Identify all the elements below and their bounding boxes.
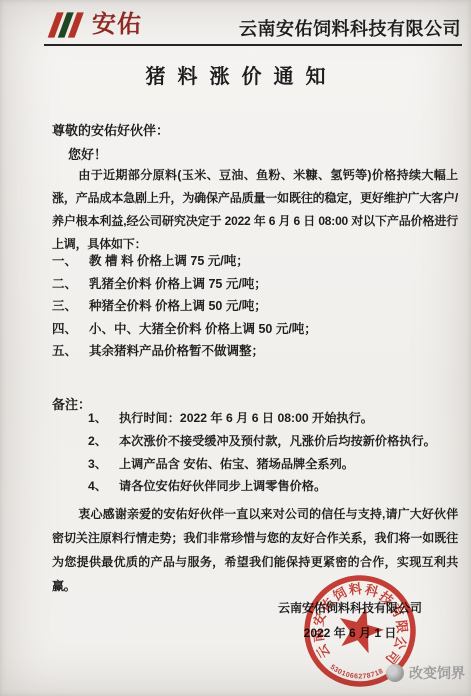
note-item-index: 2、: [88, 430, 119, 453]
price-item: 一、 教 槽 料 价格上调 75 元/吨；: [52, 250, 458, 273]
price-item: 三、 种猪全价料 价格上调 50 元/吨；: [52, 295, 458, 318]
price-item-text: 其余猪料产品价格暂不做调整；: [89, 340, 264, 363]
price-item: 二、 乳猪全价料 价格上调 75 元/吨；: [52, 273, 458, 296]
page-title: 猪料涨价通知: [0, 60, 471, 89]
watermark-logo-icon: [386, 664, 404, 682]
note-item-index: 4、: [88, 475, 119, 498]
note-item: 2、 本次涨价不接受缓冲及预付款，凡涨价后均按新价格执行。: [88, 430, 458, 453]
note-item: 1、 执行时间：2022 年 6 月 6 日 08:00 开始执行。: [88, 407, 458, 430]
notice-document: 安佑 云南安佑饲料科技有限公司 猪料涨价通知 尊敬的安佑好伙伴： 您好！ 由于近…: [0, 0, 471, 696]
price-item-text: 小、中、大猪全价料 价格上调 50 元/吨；: [89, 318, 317, 341]
notes-list: 1、 执行时间：2022 年 6 月 6 日 08:00 开始执行。 2、 本次…: [88, 407, 458, 498]
price-item-index: 五、: [52, 340, 89, 363]
greeting: 您好！: [68, 144, 107, 163]
company-logo: 安佑: [46, 10, 142, 40]
note-item-text: 上调产品含 安佑、佑宝、猪场品牌全系列。: [119, 453, 354, 476]
price-item: 四、 小、中、大猪全价料 价格上调 50 元/吨；: [52, 318, 458, 341]
notes-label: 备注：: [52, 394, 91, 413]
price-item-index: 二、: [52, 273, 89, 296]
note-item: 4、 请各位安佑好伙伴同步上调零售价格。: [88, 475, 458, 498]
price-item-index: 一、: [52, 250, 89, 273]
note-item: 3、 上调产品含 安佑、佑宝、猪场品牌全系列。: [88, 453, 458, 476]
price-item-index: 四、: [52, 318, 89, 341]
note-item-index: 3、: [88, 453, 119, 476]
price-item-index: 三、: [52, 295, 89, 318]
intro-paragraph: 由于近期部分原料(玉米、豆油、鱼粉、米糠、氢钙等)价格持续大幅上涨，产品成本急剧…: [52, 164, 458, 256]
watermark: 改变饲界: [386, 663, 465, 683]
note-item-index: 1、: [88, 407, 119, 430]
note-item-text: 请各位安佑好伙伴同步上调零售价格。: [119, 475, 326, 498]
price-list: 一、 教 槽 料 价格上调 75 元/吨； 二、 乳猪全价料 价格上调 75 元…: [52, 250, 458, 363]
header-divider: [44, 44, 462, 46]
note-item-text: 本次涨价不接受缓冲及预付款，凡涨价后均按新价格执行。: [119, 430, 436, 453]
price-item: 五、 其余猪料产品价格暂不做调整；: [52, 340, 458, 363]
price-item-text: 教 槽 料 价格上调 75 元/吨；: [89, 250, 249, 273]
logo-text: 安佑: [92, 13, 142, 37]
salutation: 尊敬的安佑好伙伴：: [52, 120, 169, 139]
watermark-text: 改变饲界: [409, 663, 465, 683]
anyou-logo-icon: [46, 10, 88, 40]
note-item-text: 执行时间：2022 年 6 月 6 日 08:00 开始执行。: [119, 407, 373, 430]
price-item-text: 乳猪全价料 价格上调 75 元/吨；: [89, 273, 267, 296]
price-item-text: 种猪全价料 价格上调 50 元/吨；: [89, 295, 267, 318]
header-company-name: 云南安佑饲料科技有限公司: [239, 15, 461, 41]
